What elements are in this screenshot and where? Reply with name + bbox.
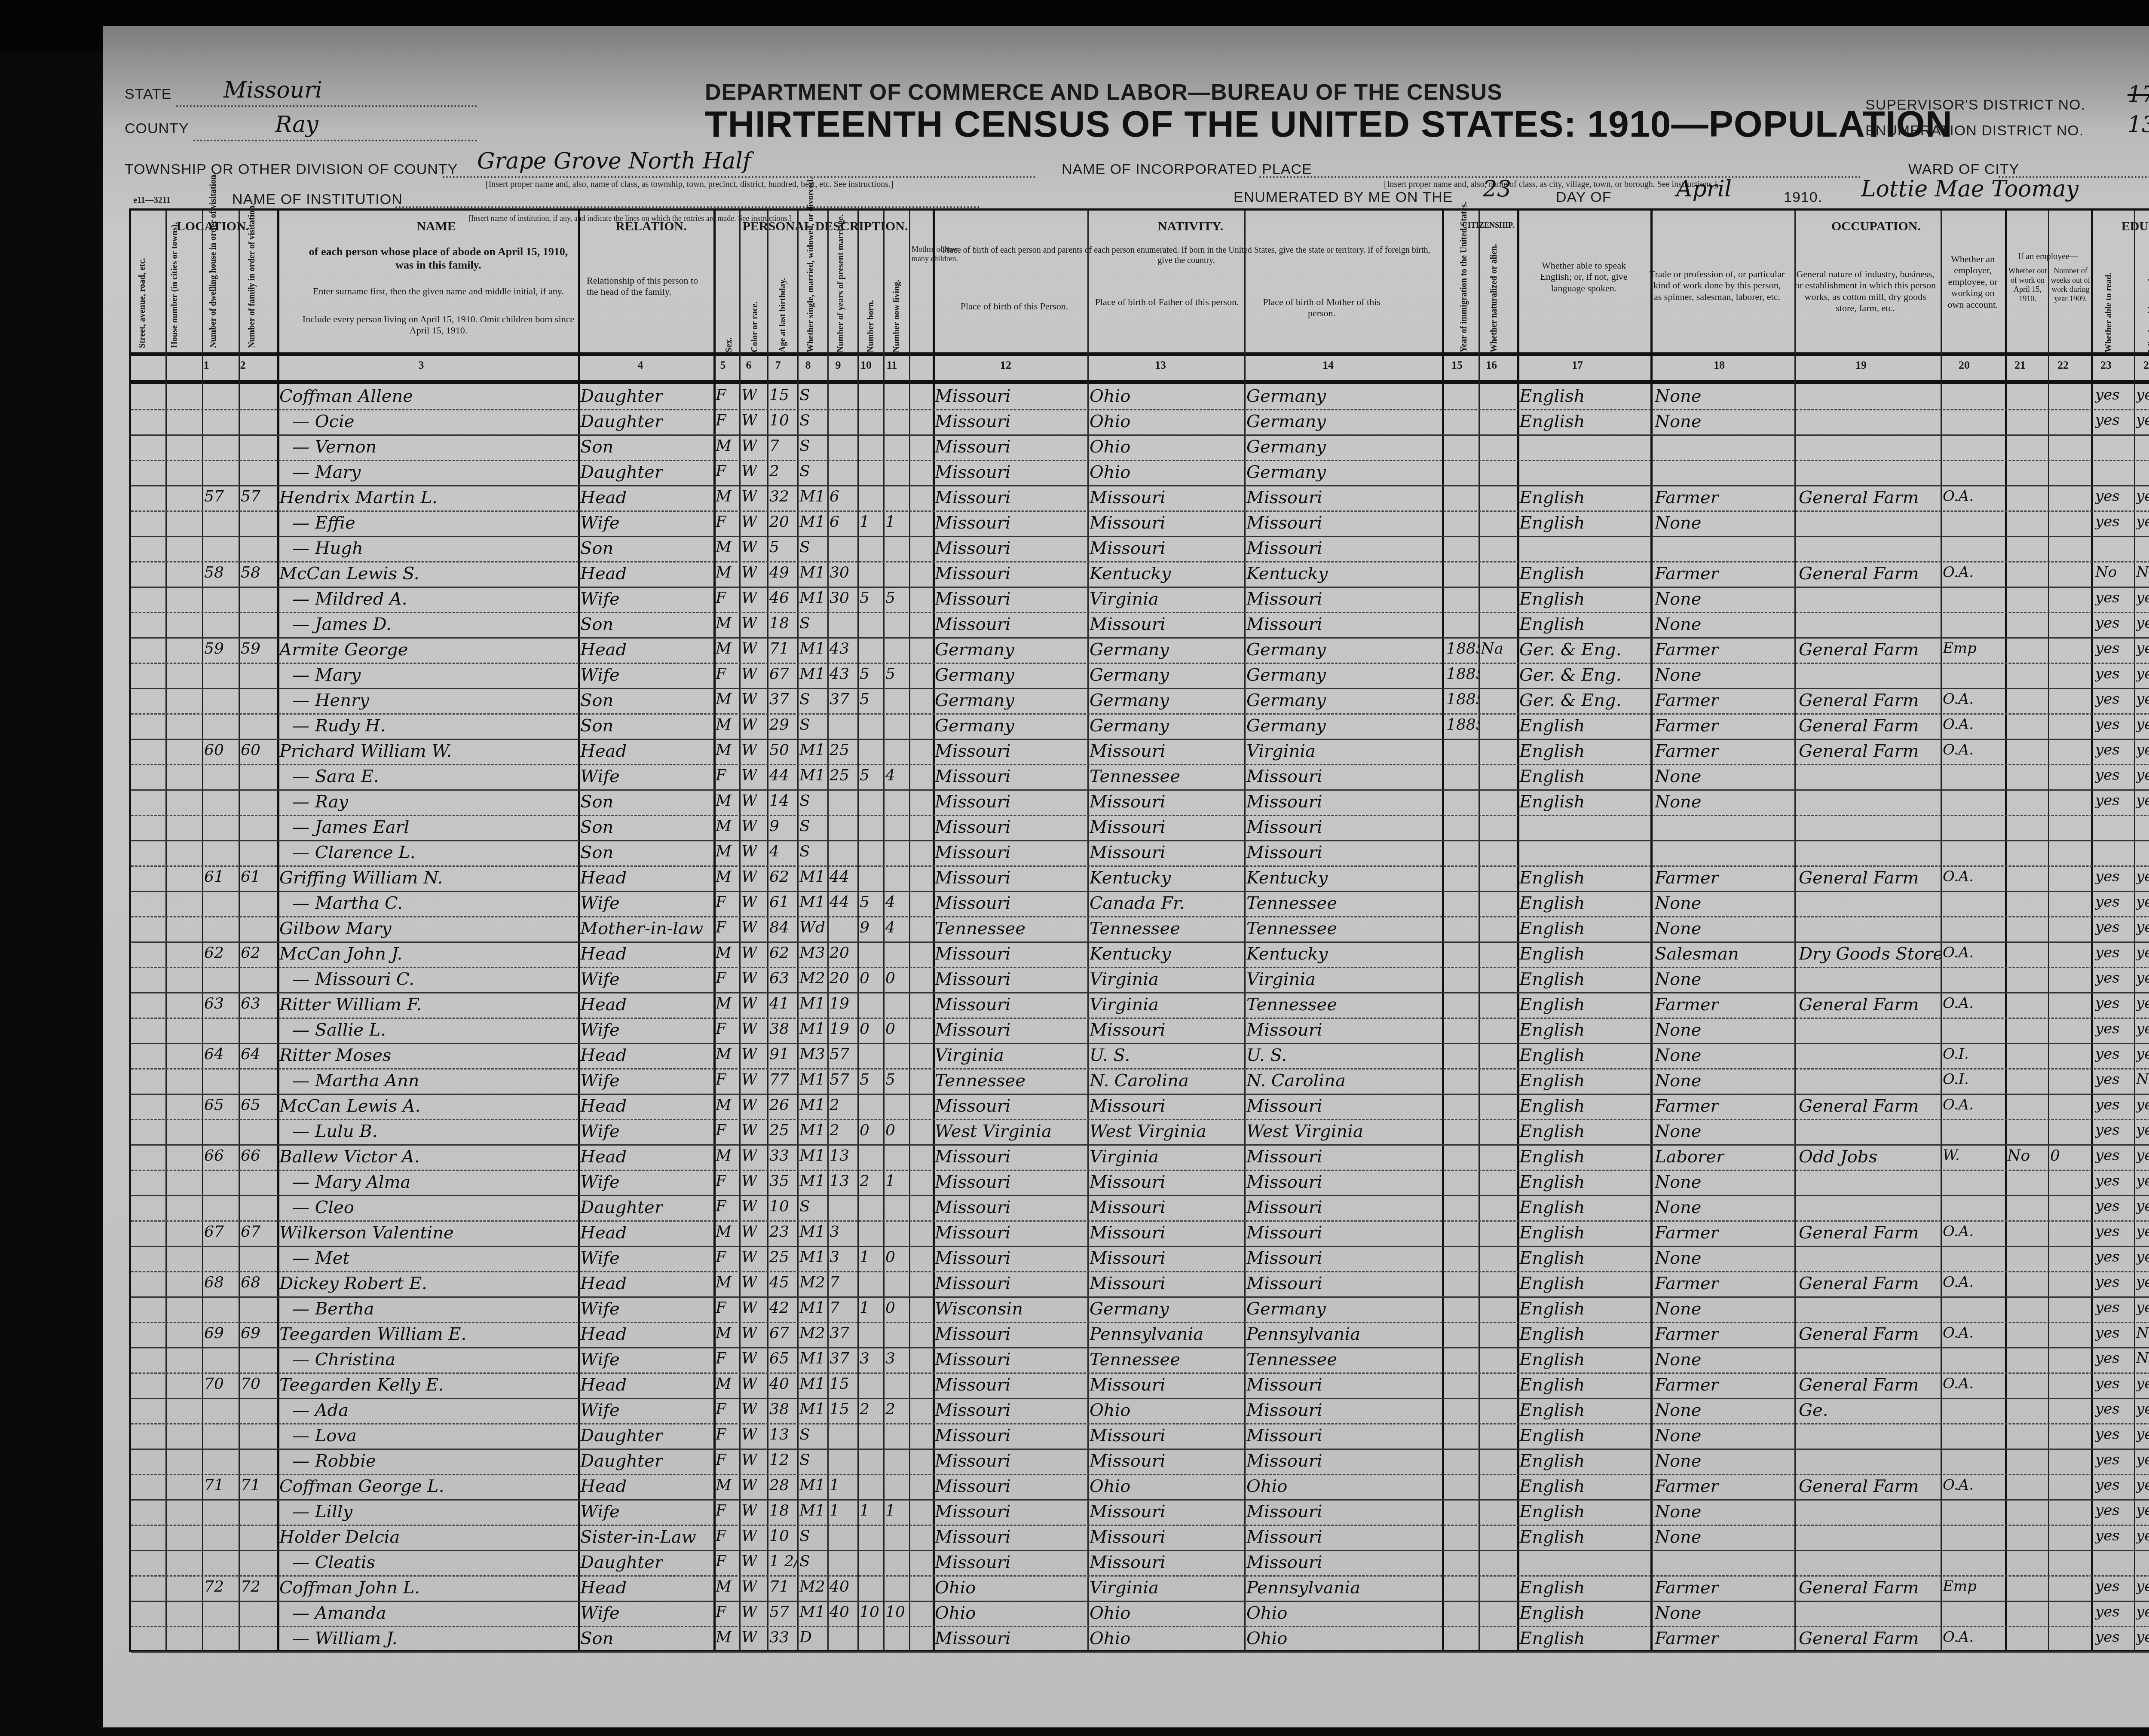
cell-ms: M2 (799, 1324, 825, 1342)
cell-dw: 68 (204, 1274, 224, 1291)
cell-ind: General Farm (1799, 1274, 1919, 1293)
column-number: 24 (2138, 359, 2149, 372)
cell-race: W (741, 741, 757, 759)
cell-rel: Son (580, 538, 613, 558)
cell-living: 5 (885, 665, 895, 683)
cell-write: yes (2136, 412, 2149, 429)
cell-age: 5 (769, 538, 779, 556)
cell-yrs: 37 (830, 1350, 849, 1367)
cell-ms: M1 (799, 1223, 825, 1241)
cell-read: yes (2095, 1020, 2120, 1037)
table-row: 6464Ritter MosesHeadMW91M357VirginiaU. S… (131, 1044, 2149, 1070)
cell-trade: Farmer (1655, 741, 1719, 761)
cell-fpb: Tennessee (1090, 767, 1180, 786)
cell-trade: None (1655, 1603, 1702, 1623)
cell-sex: M (716, 716, 732, 734)
cell-dw: 64 (204, 1045, 224, 1063)
cell-trade: Farmer (1655, 640, 1719, 660)
cell-born: 9 (860, 919, 869, 936)
cell-wks: 0 (2050, 1147, 2060, 1164)
cell-rel: Wife (580, 513, 620, 533)
cell-name: — Robbie (279, 1451, 376, 1471)
cell-name: — Lova (279, 1426, 357, 1446)
cell-fpb: Kentucky (1090, 564, 1171, 584)
cell-pb: Missouri (935, 412, 1011, 431)
cell-lang: English (1519, 1375, 1585, 1395)
cell-fpb: Virginia (1090, 1578, 1159, 1598)
cell-race: W (741, 843, 757, 860)
cell-trade: None (1655, 1071, 1702, 1091)
table-row: 6565McCan Lewis A.HeadMW26M12MissouriMis… (131, 1094, 2149, 1120)
table-row: 5858McCan Lewis S.HeadMW49M130MissouriKe… (131, 562, 2149, 588)
cell-trade: Salesman (1655, 944, 1739, 964)
table-row: 6262McCan John J.HeadMW62M320MissouriKen… (131, 942, 2149, 968)
cell-race: W (741, 513, 757, 531)
table-row: 6868Dickey Robert E.HeadMW45M27MissouriM… (131, 1272, 2149, 1298)
cell-dw: 57 (204, 488, 224, 505)
cell-sex: M (716, 1274, 732, 1291)
cell-born: 5 (860, 893, 869, 911)
cell-born: 0 (860, 1020, 869, 1038)
cell-sex: F (716, 1451, 726, 1469)
cell-write: yes (2136, 386, 2149, 403)
cell-dw: 70 (204, 1375, 224, 1393)
cell-born: 5 (860, 665, 869, 683)
cell-trade: None (1655, 1045, 1702, 1065)
cell-rel: Daughter (580, 1553, 663, 1572)
cell-name: Dickey Robert E. (279, 1274, 427, 1293)
cell-rel: Wife (580, 1603, 620, 1623)
cell-race: W (741, 1198, 757, 1215)
cell-fam: 65 (241, 1096, 260, 1114)
cell-pb: Missouri (935, 969, 1011, 989)
cell-trade: None (1655, 513, 1702, 533)
cell-sex: M (716, 868, 732, 886)
cell-sex: F (716, 1299, 726, 1317)
cell-yrs: 3 (830, 1248, 839, 1266)
cell-trade: Farmer (1655, 691, 1719, 710)
cell-fpb: Ohio (1090, 462, 1130, 482)
name-instr1: Enter surname first, then the given name… (299, 286, 578, 297)
cell-mpb: Virginia (1246, 969, 1316, 989)
cell-race: W (741, 1527, 757, 1545)
group-nativity: Nativity. (935, 219, 1446, 234)
cell-race: W (741, 437, 757, 455)
cell-fpb: Missouri (1090, 1527, 1166, 1547)
cell-read: yes (2095, 1096, 2120, 1113)
cell-read: yes (2095, 1527, 2120, 1544)
township-line (443, 176, 1036, 178)
cell-pb: West Virginia (935, 1122, 1052, 1141)
cell-yrs: 44 (830, 868, 849, 886)
cell-read: yes (2095, 868, 2120, 885)
cell-race: W (741, 691, 757, 708)
cell-emp: O.A. (1943, 691, 1974, 708)
cell-yrs: 7 (830, 1274, 839, 1291)
cell-rel: Wife (580, 1502, 620, 1522)
cell-read: yes (2095, 1400, 2120, 1418)
cell-age: 71 (769, 1578, 789, 1595)
cell-living: 0 (885, 969, 895, 987)
cell-trade: None (1655, 1172, 1702, 1192)
table-row: — MetWifeFW25M1310MissouriMissouriMissou… (131, 1247, 2149, 1272)
cell-name: Coffman John L. (279, 1578, 420, 1598)
cell-read: yes (2095, 969, 2120, 987)
cell-rel: Wife (580, 1122, 620, 1141)
col-family-desc: Number of family in order of visitation. (247, 249, 257, 348)
cell-age: 23 (769, 1223, 789, 1241)
cell-ms: S (799, 412, 810, 429)
cell-sex: F (716, 969, 726, 987)
cell-lang: English (1519, 919, 1585, 938)
cell-ms: S (799, 691, 810, 708)
cell-pb: Missouri (935, 1324, 1011, 1344)
cell-rel: Wife (580, 589, 620, 609)
cell-yrs: 2 (830, 1122, 839, 1139)
cell-race: W (741, 564, 757, 581)
column-number: 21 (2009, 359, 2031, 372)
col-years-married-desc: Number of years of present marriage. (836, 249, 846, 352)
cell-trade: None (1655, 767, 1702, 786)
cell-name: — Cleo (279, 1198, 354, 1217)
column-number: 12 (995, 359, 1016, 372)
cell-emp: O.A. (1943, 1223, 1974, 1240)
cell-pb: Missouri (935, 1629, 1011, 1648)
cell-pb: Missouri (935, 1198, 1011, 1217)
incorporated-note: [Insert proper name and, also, name of c… (1384, 180, 1717, 189)
institution-label: Name of institution (232, 191, 403, 208)
cell-ms: S (799, 1426, 810, 1443)
cell-name: Gilbow Mary (279, 919, 392, 938)
cell-pb: Missouri (935, 1553, 1011, 1572)
table-row: 7171Coffman George L.HeadMW28M11Missouri… (131, 1475, 2149, 1501)
cell-mpb: Missouri (1246, 1223, 1322, 1243)
cell-rel: Daughter (580, 386, 663, 406)
cell-race: W (741, 995, 757, 1012)
cell-age: 18 (769, 614, 789, 632)
cell-rel: Son (580, 437, 613, 457)
cell-race: W (741, 817, 757, 835)
cell-fpb: Ohio (1090, 412, 1130, 431)
cell-write: yes (2136, 1020, 2149, 1037)
cell-sex: M (716, 944, 732, 962)
cell-fam: 68 (241, 1274, 260, 1291)
cell-name: — Hugh (279, 538, 363, 558)
cell-fpb: Tennessee (1090, 919, 1180, 938)
cell-age: 38 (769, 1020, 789, 1038)
cell-pb: Missouri (935, 386, 1011, 406)
township-label: Township or other division of county (125, 161, 458, 178)
cell-yrs: 30 (830, 589, 849, 607)
cell-read: yes (2095, 1198, 2120, 1215)
table-row: 6666Ballew Victor A.HeadMW33M113Missouri… (131, 1145, 2149, 1171)
cell-lang: English (1519, 412, 1585, 431)
cell-race: W (741, 1071, 757, 1088)
cell-read: yes (2095, 640, 2120, 657)
cell-fpb: Missouri (1090, 1172, 1166, 1192)
cell-fam: 57 (241, 488, 260, 505)
cell-sex: F (716, 1603, 726, 1621)
cell-age: 49 (769, 564, 789, 581)
cell-ms: M1 (799, 1020, 825, 1038)
cell-yrs: 15 (830, 1375, 849, 1393)
cell-age: 32 (769, 488, 789, 505)
col-naturalized-desc: Whether naturalized or alien. (1489, 249, 1499, 352)
cell-sex: M (716, 1476, 732, 1494)
cell-lang: English (1519, 792, 1585, 812)
table-row: — LovaDaughterFW13SMissouriMissouriMisso… (131, 1424, 2149, 1450)
cell-rel: Head (580, 1096, 627, 1116)
cell-born: 5 (860, 691, 869, 708)
cell-read: yes (2095, 665, 2120, 682)
cell-lang: English (1519, 1629, 1585, 1648)
cell-yrs: 44 (830, 893, 849, 911)
incorporated-label: Name of incorporated place (1062, 161, 1312, 178)
cell-write: yes (2136, 589, 2149, 606)
cell-ms: M1 (799, 513, 825, 531)
cell-lang: English (1519, 893, 1585, 913)
table-row: — HughSonMW5SMissouriMissouriMissouri (131, 537, 2149, 562)
cell-write: yes (2136, 1451, 2149, 1468)
cell-name: — Martha C. (279, 893, 403, 913)
cell-read: yes (2095, 589, 2120, 606)
cell-write: No (2136, 1350, 2149, 1367)
cell-yrs: 57 (830, 1071, 849, 1088)
cell-write: yes (2136, 741, 2149, 758)
cell-ms: M1 (799, 665, 825, 683)
cell-yrs: 19 (830, 995, 849, 1012)
cell-mpb: Missouri (1246, 1020, 1322, 1040)
cell-pb: Tennessee (935, 1071, 1026, 1091)
col-age-desc: Age at last birthday. (778, 254, 788, 352)
cell-age: 41 (769, 995, 789, 1012)
cell-read: yes (2095, 741, 2120, 758)
cell-pb: Missouri (935, 589, 1011, 609)
cell-name: — Sallie L. (279, 1020, 386, 1040)
cell-race: W (741, 1020, 757, 1038)
cell-yrs: 7 (830, 1299, 839, 1317)
cell-emp: O.A. (1943, 868, 1974, 885)
cell-living: 10 (885, 1603, 905, 1621)
cell-living: 5 (885, 1071, 895, 1088)
cell-age: 25 (769, 1248, 789, 1266)
cell-trade: None (1655, 386, 1702, 406)
cell-race: W (741, 1274, 757, 1291)
cell-write: No (2136, 564, 2149, 581)
cell-fam: 70 (241, 1375, 260, 1393)
cell-fpb: Tennessee (1090, 1350, 1180, 1369)
relation-desc: Relationship of this person to the head … (587, 275, 711, 298)
cell-name: McCan Lewis S. (279, 564, 419, 584)
cell-ms: M1 (799, 1476, 825, 1494)
cell-fpb: Ohio (1090, 1400, 1130, 1420)
cell-trade: Farmer (1655, 868, 1719, 888)
cell-race: W (741, 1096, 757, 1114)
cell-dw: 63 (204, 995, 224, 1012)
cell-imm: 1885 (1446, 691, 1479, 708)
cell-trade: Laborer (1655, 1147, 1724, 1167)
cell-fpb: Ohio (1090, 1476, 1130, 1496)
cell-lang: Ger. & Eng. (1519, 691, 1621, 710)
cell-rel: Head (580, 741, 627, 761)
cell-lang: English (1519, 944, 1585, 964)
col-sex-desc: Sex. (724, 314, 734, 352)
cell-ind: General Farm (1799, 1375, 1919, 1395)
table-row: — Mildred A.WifeFW46M13055MissouriVirgin… (131, 587, 2149, 613)
cell-fpb: Missouri (1090, 513, 1166, 533)
cell-read: yes (2095, 1172, 2120, 1189)
table-row: — Sara E.WifeFW44M12554MissouriTennessee… (131, 765, 2149, 791)
cell-name: — Vernon (279, 437, 377, 457)
cell-pb: Missouri (935, 1502, 1011, 1522)
table-row: — James D.SonMW18SMissouriMissouriMissou… (131, 613, 2149, 639)
cell-mpb: Missouri (1246, 817, 1322, 837)
table-row: — RobbieDaughterFW12SMissouriMissouriMis… (131, 1449, 2149, 1475)
cell-ms: S (799, 1198, 810, 1215)
state-label: State (125, 86, 172, 103)
cell-yrs: 1 (830, 1476, 839, 1494)
cell-write: yes (2136, 513, 2149, 530)
cell-name: — Martha Ann (279, 1071, 419, 1091)
cell-name: — Lilly (279, 1502, 352, 1522)
cell-name: — Missouri C. (279, 969, 414, 989)
cell-sex: M (716, 1045, 732, 1063)
cell-age: 57 (769, 1603, 789, 1621)
col-immigration-desc: Year of immigration to the United States… (1459, 249, 1469, 352)
cell-age: 61 (769, 893, 789, 911)
cell-pb: Wisconsin (935, 1299, 1023, 1319)
cell-read: yes (2095, 1324, 2120, 1342)
column-number: 23 (2095, 359, 2117, 372)
cell-write: yes (2136, 1375, 2149, 1392)
cell-yrs: 43 (830, 665, 849, 683)
cell-emp: W. (1943, 1147, 1960, 1164)
language-desc: Whether able to speak English; or, if no… (1528, 260, 1640, 294)
cell-age: 50 (769, 741, 789, 759)
cell-sex: M (716, 614, 732, 632)
cell-lang: English (1519, 564, 1585, 584)
cell-write: yes (2136, 1172, 2149, 1189)
cell-read: yes (2095, 919, 2120, 936)
cell-age: 62 (769, 944, 789, 962)
cell-pb: Missouri (935, 488, 1011, 507)
cell-lang: English (1519, 1020, 1585, 1040)
cell-read: yes (2095, 386, 2120, 403)
table-row: — Rudy H.SonMW29SGermanyGermanyGermany18… (131, 714, 2149, 740)
cell-yrs: 43 (830, 640, 849, 657)
cell-ms: S (799, 386, 810, 404)
cell-pb: Germany (935, 665, 1014, 685)
cell-read: yes (2095, 792, 2120, 809)
cell-yrs: 6 (830, 488, 839, 505)
cell-fam: 58 (241, 564, 260, 581)
cell-read: yes (2095, 513, 2120, 530)
cell-born: 5 (860, 589, 869, 607)
cell-rel: Son (580, 1629, 613, 1648)
cell-pb: Tennessee (935, 919, 1026, 938)
cell-pb: Virginia (935, 1045, 1004, 1065)
col-race-desc: Color or race. (750, 275, 760, 352)
cell-mpb: Tennessee (1246, 893, 1337, 913)
cell-sex: M (716, 995, 732, 1012)
cell-sex: M (716, 1096, 732, 1114)
cell-trade: None (1655, 1502, 1702, 1522)
cell-mpb: Germany (1246, 691, 1326, 710)
cell-fpb: Ohio (1090, 1603, 1130, 1623)
cell-pb: Missouri (935, 1096, 1011, 1116)
cell-lang: English (1519, 1527, 1585, 1547)
cell-ms: S (799, 1553, 810, 1570)
cell-age: 28 (769, 1476, 789, 1494)
table-row: — RaySonMW14SMissouriMissouriMissouriEng… (131, 790, 2149, 816)
cell-pb: Missouri (935, 767, 1011, 786)
cell-sex: F (716, 513, 726, 531)
cell-read: yes (2095, 1299, 2120, 1316)
cell-race: W (741, 1400, 757, 1418)
group-personal: Personal Description. (720, 219, 931, 234)
cell-age: 45 (769, 1274, 789, 1291)
cell-trade: Farmer (1655, 1578, 1719, 1598)
cell-sex: F (716, 1400, 726, 1418)
cell-lang: English (1519, 868, 1585, 888)
cell-race: W (741, 1045, 757, 1063)
cell-trade: None (1655, 665, 1702, 685)
cell-race: W (741, 1223, 757, 1241)
cell-name: — Mary (279, 665, 361, 685)
cell-sex: F (716, 1122, 726, 1139)
census-table: Location. Name Relation. Personal Descri… (129, 208, 2149, 1652)
cell-ind: General Farm (1799, 995, 1919, 1015)
cell-sex: F (716, 1426, 726, 1443)
township-value: Grape Grove North Half (477, 148, 751, 174)
cell-age: 4 (769, 843, 779, 860)
cell-born: 0 (860, 1122, 869, 1139)
cell-dw: 62 (204, 944, 224, 962)
cell-mpb: Kentucky (1246, 868, 1328, 888)
cell-rel: Head (580, 1324, 627, 1344)
cell-ms: M1 (799, 1071, 825, 1088)
cell-rel: Head (580, 1476, 627, 1496)
column-number: 2 (232, 359, 254, 372)
table-row: — VernonSonMW7SMissouriOhioGermanyyes (131, 435, 2149, 461)
state-line (176, 105, 477, 107)
cell-trade: None (1655, 412, 1702, 431)
table-row: — Lulu B.WifeFW25M1200West VirginiaWest … (131, 1120, 2149, 1146)
cell-rel: Head (580, 1045, 627, 1065)
cell-fam: 63 (241, 995, 260, 1012)
cell-trade: None (1655, 614, 1702, 634)
cell-fpb: Pennsylvania (1090, 1324, 1203, 1344)
table-row: — Sallie L.WifeFW38M11900MissouriMissour… (131, 1018, 2149, 1044)
cell-pb: Missouri (935, 1400, 1011, 1420)
cell-race: W (741, 1324, 757, 1342)
cell-age: 84 (769, 919, 789, 936)
cell-write: yes (2136, 1147, 2149, 1164)
state-value: Missouri (223, 77, 322, 103)
cell-fpb: Missouri (1090, 538, 1166, 558)
county-value: Ray (275, 112, 318, 138)
cell-mpb: Missouri (1246, 1147, 1322, 1167)
cell-ms: M1 (799, 1147, 825, 1164)
cell-ind: General Farm (1799, 1223, 1919, 1243)
cell-name: — Mary Alma (279, 1172, 410, 1192)
cell-lang: English (1519, 1223, 1585, 1243)
cell-trade: None (1655, 1248, 1702, 1268)
cell-fpb: Missouri (1090, 1451, 1166, 1471)
enumerated-label: Enumerated by me on the (1234, 189, 1453, 206)
cell-name: McCan John J. (279, 944, 402, 964)
cell-yrs: 13 (830, 1172, 849, 1190)
